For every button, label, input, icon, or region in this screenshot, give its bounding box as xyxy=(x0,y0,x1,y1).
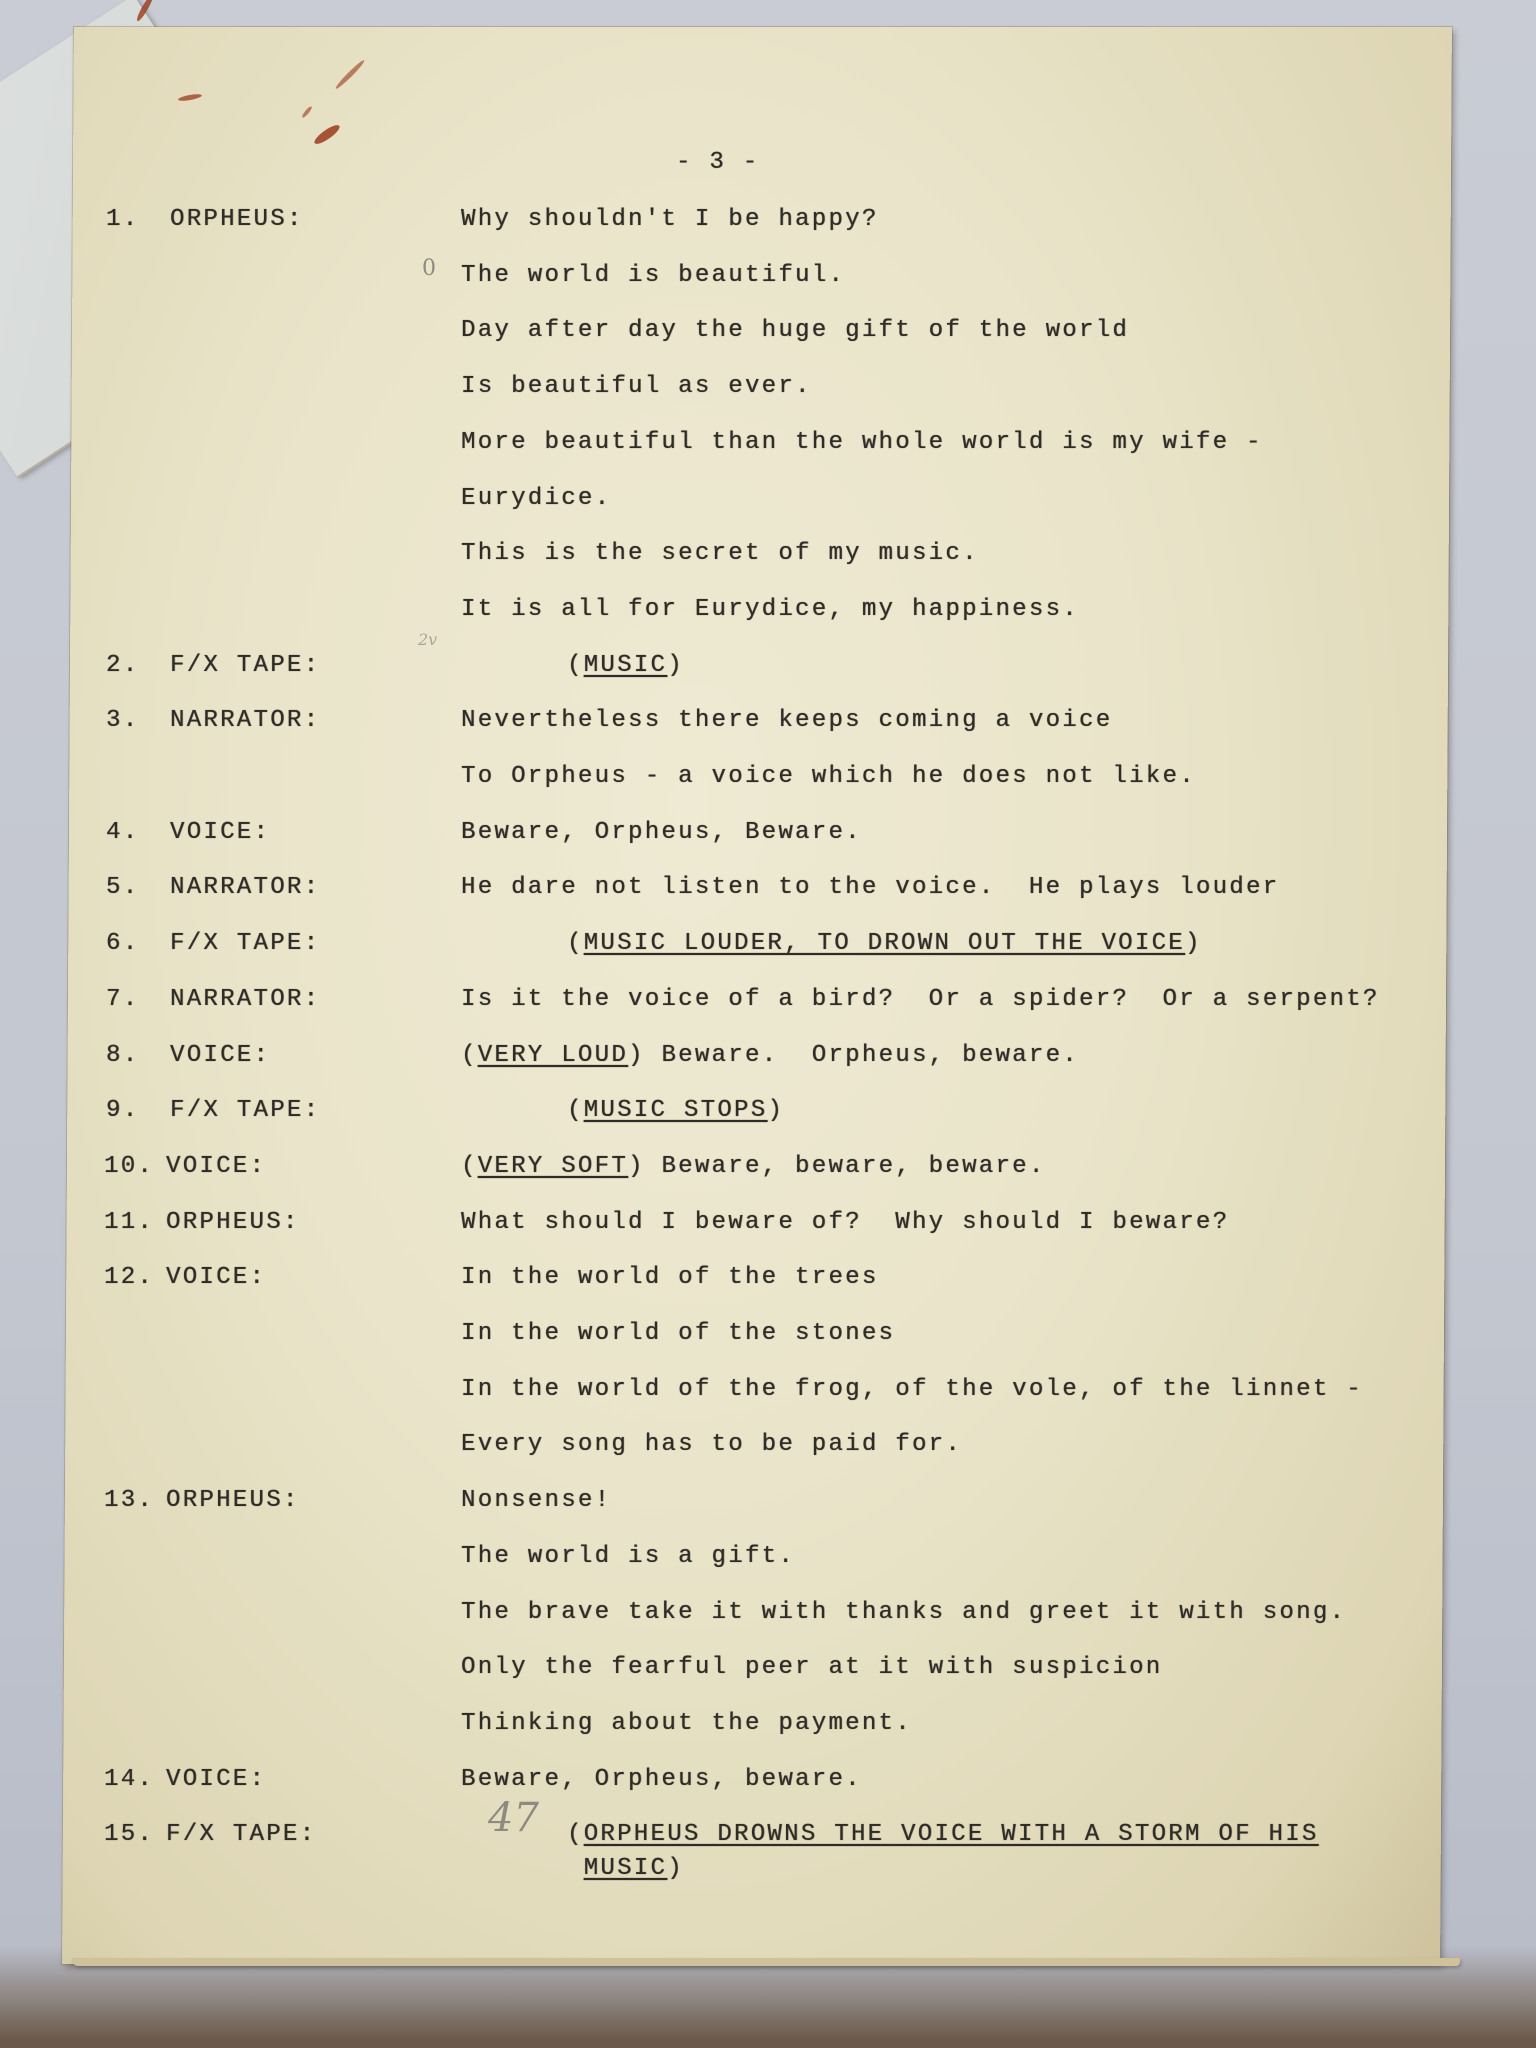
dialogue-line: Is it the voice of a bird? Or a spider? … xyxy=(461,985,1380,1015)
dialogue-line: This is the secret of my music. xyxy=(461,539,979,569)
page-number: - 3 - xyxy=(676,148,760,178)
dialogue-line: In the world of the frog, of the vole, o… xyxy=(461,1375,1363,1405)
stage-direction: MUSIC) xyxy=(584,1854,684,1884)
stage-direction-text: MUSIC LOUDER, TO DROWN OUT THE VOICE xyxy=(584,930,1185,957)
speaker-label: VOICE: xyxy=(170,818,270,848)
cue-number: 15. xyxy=(104,1820,154,1850)
speaker-label: F/X TAPE: xyxy=(170,1096,320,1126)
dialogue-line: More beautiful than the whole world is m… xyxy=(461,428,1263,458)
cue-number: 11. xyxy=(104,1208,154,1238)
dialogue-line: Nevertheless there keeps coming a voice xyxy=(461,706,1112,736)
dialogue-line: To Orpheus - a voice which he does not l… xyxy=(461,762,1196,792)
cue-number: 13. xyxy=(104,1486,154,1516)
dialogue-line: He dare not listen to the voice. He play… xyxy=(461,873,1279,903)
pencil-note: 2v xyxy=(418,630,437,649)
stage-direction-text: ORPHEUS DROWNS THE VOICE WITH A STORM OF… xyxy=(584,1821,1319,1848)
cue-number: 9. xyxy=(106,1096,139,1126)
speaker-label: ORPHEUS: xyxy=(166,1208,300,1238)
dialogue-line: It is all for Eurydice, my happiness. xyxy=(461,595,1079,625)
speaker-label: NARRATOR: xyxy=(170,985,320,1015)
pencil-note: 47 xyxy=(488,1795,539,1841)
dialogue-line: Eurydice. xyxy=(461,484,611,514)
dialogue-line: Beware, Orpheus, Beware. xyxy=(461,818,862,848)
stage-direction-text: MUSIC xyxy=(584,652,668,679)
stage-direction: (MUSIC LOUDER, TO DROWN OUT THE VOICE) xyxy=(567,929,1202,959)
cue-number: 6. xyxy=(106,929,139,959)
cue-number: 14. xyxy=(104,1765,154,1795)
dialogue-line: Beware, Orpheus, beware. xyxy=(461,1765,862,1795)
cue-number: 12. xyxy=(104,1263,154,1293)
cue-number: 1. xyxy=(106,205,139,235)
dialogue-line: (VERY LOUD) Beware. Orpheus, beware. xyxy=(461,1041,1079,1071)
dialogue-line: Every song has to be paid for. xyxy=(461,1430,962,1460)
stage-direction-text: VERY SOFT xyxy=(478,1153,628,1180)
speaker-label: F/X TAPE: xyxy=(170,651,320,681)
speaker-label: VOICE: xyxy=(166,1152,266,1182)
speaker-label: VOICE: xyxy=(166,1765,266,1795)
cue-number: 10. xyxy=(104,1152,154,1182)
cue-number: 7. xyxy=(106,985,139,1015)
speaker-label: VOICE: xyxy=(166,1263,266,1293)
stage-direction-text: MUSIC xyxy=(584,1855,668,1882)
dialogue-line: The world is beautiful. xyxy=(461,261,845,291)
dialogue-line: (VERY SOFT) Beware, beware, beware. xyxy=(461,1152,1046,1182)
stage-direction-text: MUSIC STOPS xyxy=(584,1097,768,1124)
cue-number: 2. xyxy=(106,651,139,681)
dialogue-line: Thinking about the payment. xyxy=(461,1709,912,1739)
stage-direction: (ORPHEUS DROWNS THE VOICE WITH A STORM O… xyxy=(567,1820,1319,1850)
cue-number: 5. xyxy=(106,873,139,903)
stage-direction: (MUSIC STOPS) xyxy=(567,1096,784,1126)
cue-number: 3. xyxy=(106,706,139,736)
dialogue-line: The brave take it with thanks and greet … xyxy=(461,1598,1346,1628)
speaker-label: ORPHEUS: xyxy=(170,205,304,235)
speaker-label: F/X TAPE: xyxy=(170,929,320,959)
dialogue-line: In the world of the stones xyxy=(461,1319,895,1349)
dialogue-line: Nonsense! xyxy=(461,1486,611,1516)
cue-number: 8. xyxy=(106,1041,139,1071)
dialogue-line: The world is a gift. xyxy=(461,1542,795,1572)
paper-stack-edge xyxy=(72,1958,1460,1966)
dialogue-line: What should I beware of? Why should I be… xyxy=(461,1208,1229,1238)
speaker-label: F/X TAPE: xyxy=(166,1820,316,1850)
dialogue-line: Only the fearful peer at it with suspici… xyxy=(461,1653,1163,1683)
cue-number: 4. xyxy=(106,818,139,848)
margin-mark: 0 xyxy=(422,256,436,281)
speaker-label: NARRATOR: xyxy=(170,873,320,903)
dialogue-line: Why shouldn't I be happy? xyxy=(461,205,879,235)
dialogue-line: Is beautiful as ever. xyxy=(461,372,812,402)
speaker-label: VOICE: xyxy=(170,1041,270,1071)
stage-direction-text: VERY LOUD xyxy=(478,1042,628,1069)
speaker-label: ORPHEUS: xyxy=(166,1486,300,1516)
dialogue-line: In the world of the trees xyxy=(461,1263,879,1293)
stage-direction: (MUSIC) xyxy=(567,651,684,681)
dialogue-line: Day after day the huge gift of the world xyxy=(461,316,1129,346)
speaker-label: NARRATOR: xyxy=(170,706,320,736)
